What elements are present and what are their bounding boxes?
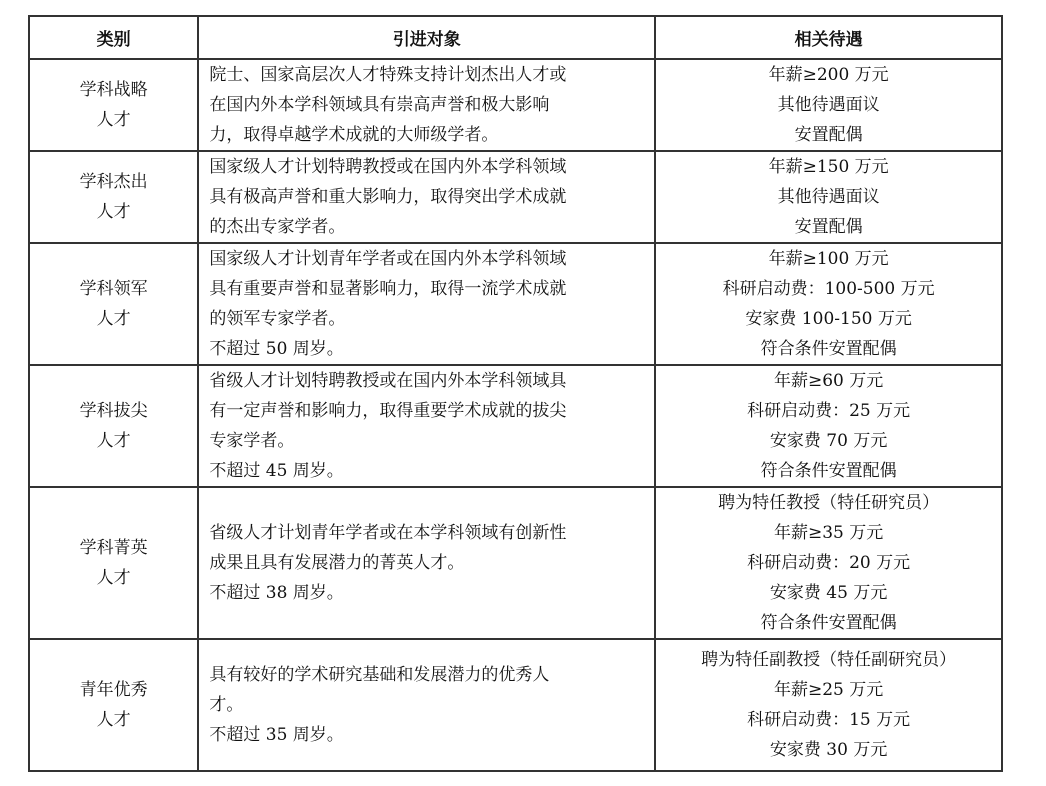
benefit-line: 符合条件安置配偶 bbox=[656, 608, 1001, 638]
benefit-line: 年薪≥200 万元 bbox=[656, 60, 1001, 90]
talent-recruitment-table: 类别 引进对象 相关待遇 学科战略 人才 院士、国家高层次人才特殊支持计划杰出人… bbox=[28, 15, 1003, 772]
benefit-line: 其他待遇面议 bbox=[656, 182, 1001, 212]
table-row: 青年优秀 人才 具有较好的学术研究基础和发展潜力的优秀人 才。 不超过 35 周… bbox=[29, 639, 1002, 771]
target-line: 有一定声誉和影响力，取得重要学术成就的拔尖 bbox=[209, 396, 646, 426]
benefit-line: 安置配偶 bbox=[656, 212, 1001, 242]
age-limit: 不超过 45 周岁。 bbox=[209, 456, 646, 486]
benefit-line: 科研启动费：15 万元 bbox=[656, 705, 1001, 735]
category-cell: 学科拔尖 人才 bbox=[29, 365, 198, 487]
age-limit: 不超过 50 周岁。 bbox=[209, 334, 646, 364]
target-line: 具有重要声誉和显著影响力，取得一流学术成就 bbox=[209, 274, 646, 304]
category-cell: 学科菁英 人才 bbox=[29, 487, 198, 639]
table-row: 学科战略 人才 院士、国家高层次人才特殊支持计划杰出人才或 在国内外本学科领域具… bbox=[29, 59, 1002, 151]
benefit-line: 符合条件安置配偶 bbox=[656, 334, 1001, 364]
category-line: 人才 bbox=[30, 105, 197, 135]
benefit-line: 科研启动费：25 万元 bbox=[656, 396, 1001, 426]
header-benefits: 相关待遇 bbox=[655, 16, 1002, 59]
target-cell: 院士、国家高层次人才特殊支持计划杰出人才或 在国内外本学科领域具有崇高声誉和极大… bbox=[198, 59, 655, 151]
category-line: 人才 bbox=[30, 304, 197, 334]
table-row: 学科菁英 人才 省级人才计划青年学者或在本学科领域有创新性 成果且具有发展潜力的… bbox=[29, 487, 1002, 639]
target-line: 省级人才计划特聘教授或在国内外本学科领域具 bbox=[209, 366, 646, 396]
table-row: 学科拔尖 人才 省级人才计划特聘教授或在国内外本学科领域具 有一定声誉和影响力，… bbox=[29, 365, 1002, 487]
benefits-cell: 聘为特任教授（特任研究员） 年薪≥35 万元 科研启动费：20 万元 安家费 4… bbox=[655, 487, 1002, 639]
target-cell: 省级人才计划青年学者或在本学科领域有创新性 成果且具有发展潜力的菁英人才。 不超… bbox=[198, 487, 655, 639]
age-limit: 不超过 35 周岁。 bbox=[209, 720, 646, 750]
benefit-line: 聘为特任副教授（特任副研究员） bbox=[656, 645, 1001, 675]
category-line: 学科战略 bbox=[30, 75, 197, 105]
benefits-cell: 年薪≥150 万元 其他待遇面议 安置配偶 bbox=[655, 151, 1002, 243]
header-target: 引进对象 bbox=[198, 16, 655, 59]
target-line: 国家级人才计划青年学者或在国内外本学科领域 bbox=[209, 244, 646, 274]
target-line: 才。 bbox=[209, 690, 646, 720]
benefits-cell: 年薪≥60 万元 科研启动费：25 万元 安家费 70 万元 符合条件安置配偶 bbox=[655, 365, 1002, 487]
benefit-line: 年薪≥60 万元 bbox=[656, 366, 1001, 396]
target-line: 的杰出专家学者。 bbox=[209, 212, 646, 242]
benefit-line: 年薪≥100 万元 bbox=[656, 244, 1001, 274]
benefits-cell: 年薪≥200 万元 其他待遇面议 安置配偶 bbox=[655, 59, 1002, 151]
benefit-line: 安置配偶 bbox=[656, 120, 1001, 150]
target-line: 具有较好的学术研究基础和发展潜力的优秀人 bbox=[209, 660, 646, 690]
target-line: 在国内外本学科领域具有崇高声誉和极大影响 bbox=[209, 90, 646, 120]
benefit-line: 安家费 70 万元 bbox=[656, 426, 1001, 456]
target-line: 力，取得卓越学术成就的大师级学者。 bbox=[209, 120, 646, 150]
target-line: 成果且具有发展潜力的菁英人才。 bbox=[209, 548, 646, 578]
target-line: 院士、国家高层次人才特殊支持计划杰出人才或 bbox=[209, 60, 646, 90]
category-line: 人才 bbox=[30, 197, 197, 227]
category-cell: 学科领军 人才 bbox=[29, 243, 198, 365]
target-line: 具有极高声誉和重大影响力，取得突出学术成就 bbox=[209, 182, 646, 212]
category-cell: 学科杰出 人才 bbox=[29, 151, 198, 243]
benefit-line: 安家费 30 万元 bbox=[656, 735, 1001, 765]
category-line: 人才 bbox=[30, 426, 197, 456]
age-limit: 不超过 38 周岁。 bbox=[209, 578, 646, 608]
target-cell: 具有较好的学术研究基础和发展潜力的优秀人 才。 不超过 35 周岁。 bbox=[198, 639, 655, 771]
benefit-line: 安家费 100-150 万元 bbox=[656, 304, 1001, 334]
benefit-line: 年薪≥35 万元 bbox=[656, 518, 1001, 548]
benefit-line: 年薪≥150 万元 bbox=[656, 152, 1001, 182]
benefit-line: 年薪≥25 万元 bbox=[656, 675, 1001, 705]
category-cell: 学科战略 人才 bbox=[29, 59, 198, 151]
table-row: 学科杰出 人才 国家级人才计划特聘教授或在国内外本学科领域 具有极高声誉和重大影… bbox=[29, 151, 1002, 243]
table-row: 学科领军 人才 国家级人才计划青年学者或在国内外本学科领域 具有重要声誉和显著影… bbox=[29, 243, 1002, 365]
benefit-line: 科研启动费：100-500 万元 bbox=[656, 274, 1001, 304]
target-line: 的领军专家学者。 bbox=[209, 304, 646, 334]
target-cell: 省级人才计划特聘教授或在国内外本学科领域具 有一定声誉和影响力，取得重要学术成就… bbox=[198, 365, 655, 487]
target-cell: 国家级人才计划特聘教授或在国内外本学科领域 具有极高声誉和重大影响力，取得突出学… bbox=[198, 151, 655, 243]
benefit-line: 符合条件安置配偶 bbox=[656, 456, 1001, 486]
benefit-line: 安家费 45 万元 bbox=[656, 578, 1001, 608]
category-line: 青年优秀 bbox=[30, 675, 197, 705]
category-cell: 青年优秀 人才 bbox=[29, 639, 198, 771]
category-line: 学科领军 bbox=[30, 274, 197, 304]
target-line: 省级人才计划青年学者或在本学科领域有创新性 bbox=[209, 518, 646, 548]
benefit-line: 聘为特任教授（特任研究员） bbox=[656, 488, 1001, 518]
category-line: 学科杰出 bbox=[30, 167, 197, 197]
target-cell: 国家级人才计划青年学者或在国内外本学科领域 具有重要声誉和显著影响力，取得一流学… bbox=[198, 243, 655, 365]
target-line: 国家级人才计划特聘教授或在国内外本学科领域 bbox=[209, 152, 646, 182]
category-line: 人才 bbox=[30, 705, 197, 735]
header-category: 类别 bbox=[29, 16, 198, 59]
category-line: 学科菁英 bbox=[30, 533, 197, 563]
benefit-line: 其他待遇面议 bbox=[656, 90, 1001, 120]
benefits-cell: 年薪≥100 万元 科研启动费：100-500 万元 安家费 100-150 万… bbox=[655, 243, 1002, 365]
benefit-line: 科研启动费：20 万元 bbox=[656, 548, 1001, 578]
target-line: 专家学者。 bbox=[209, 426, 646, 456]
benefits-cell: 聘为特任副教授（特任副研究员） 年薪≥25 万元 科研启动费：15 万元 安家费… bbox=[655, 639, 1002, 771]
category-line: 人才 bbox=[30, 563, 197, 593]
category-line: 学科拔尖 bbox=[30, 396, 197, 426]
header-row: 类别 引进对象 相关待遇 bbox=[29, 16, 1002, 59]
